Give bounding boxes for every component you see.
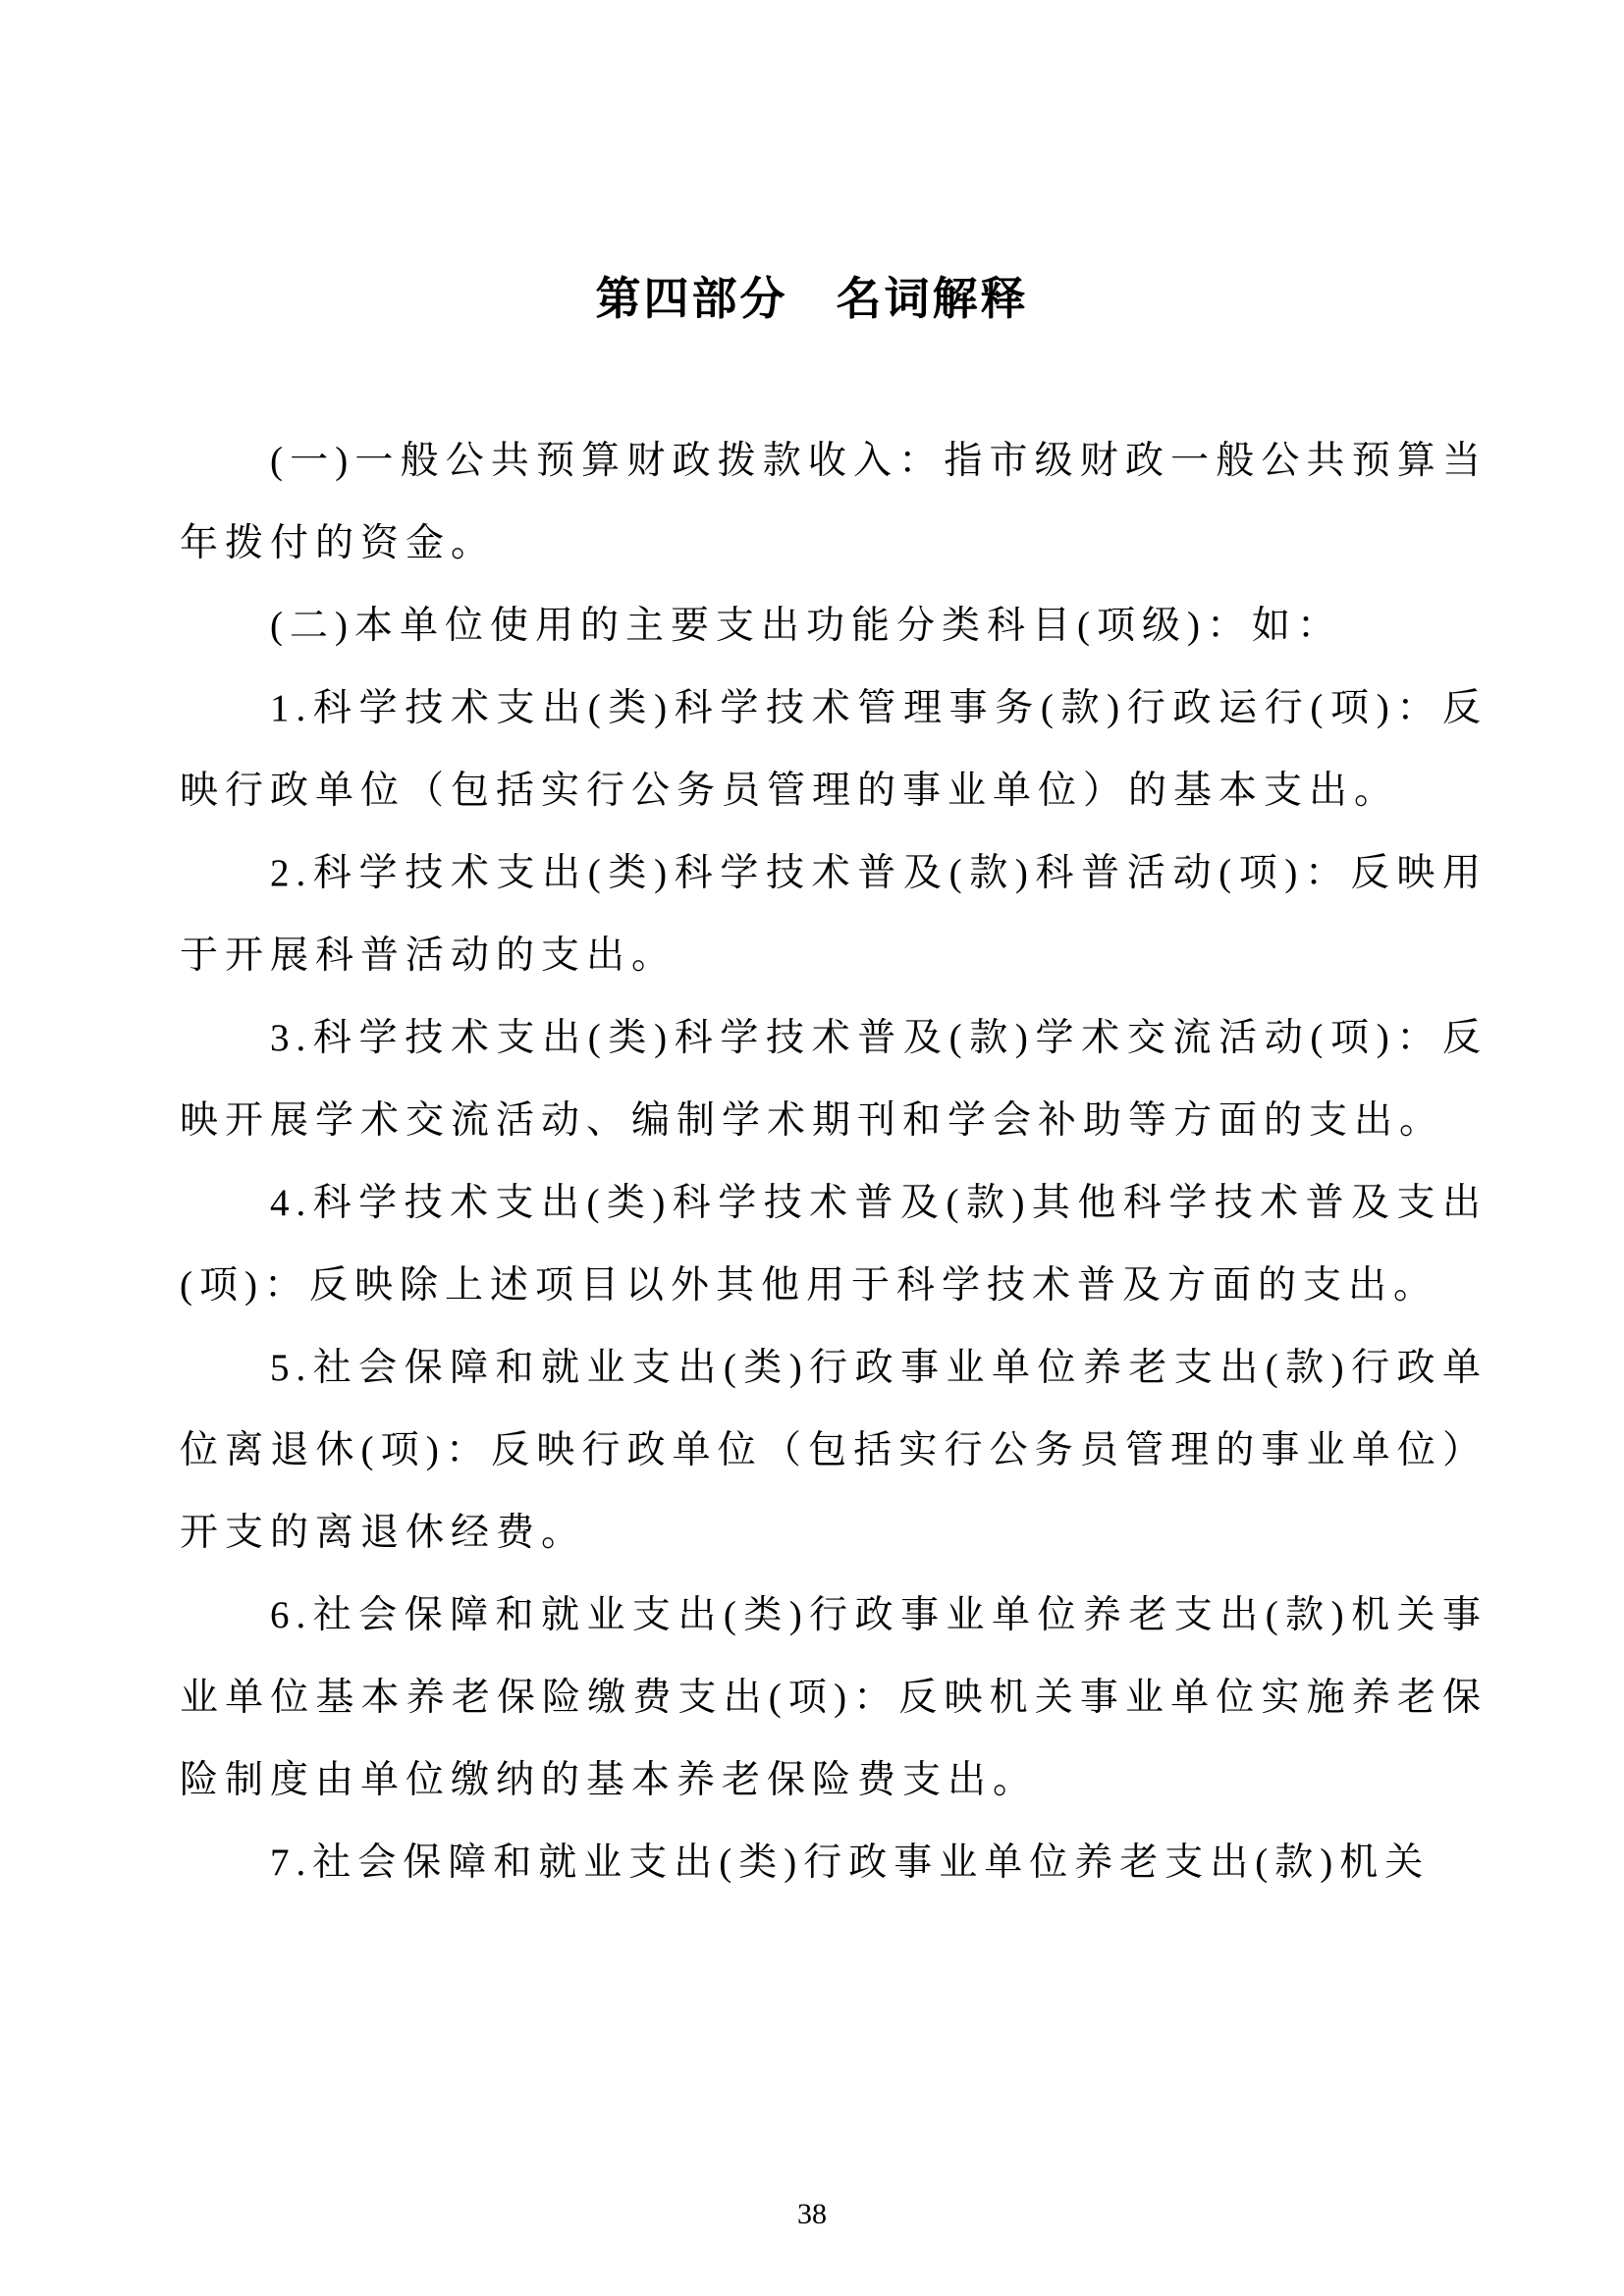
paragraph-item-1: 1.科学技术支出(类)科学技术管理事务(款)行政运行(项)：反映行政单位（包括实… bbox=[180, 667, 1488, 832]
document-body: (一)一般公共预算财政拨款收入：指市级财政一般公共预算当年拨付的资金。 (二)本… bbox=[0, 420, 1624, 1904]
paragraph-expenditure-classification-intro: (二)本单位使用的主要支出功能分类科目(项级)：如： bbox=[180, 585, 1488, 667]
document-page: 第四部分 名词解释 (一)一般公共预算财政拨款收入：指市级财政一般公共预算当年拨… bbox=[0, 0, 1624, 2296]
paragraph-item-2: 2.科学技术支出(类)科学技术普及(款)科普活动(项)：反映用于开展科普活动的支… bbox=[180, 832, 1488, 997]
paragraph-general-budget-income: (一)一般公共预算财政拨款收入：指市级财政一般公共预算当年拨付的资金。 bbox=[180, 420, 1488, 585]
paragraph-item-3: 3.科学技术支出(类)科学技术普及(款)学术交流活动(项)：反映开展学术交流活动… bbox=[180, 997, 1488, 1162]
paragraph-item-4: 4.科学技术支出(类)科学技术普及(款)其他科学技术普及支出(项)：反映除上述项… bbox=[180, 1162, 1488, 1327]
page-title: 第四部分 名词解释 bbox=[0, 0, 1624, 326]
paragraph-item-7: 7.社会保障和就业支出(类)行政事业单位养老支出(款)机关 bbox=[180, 1822, 1488, 1904]
paragraph-item-5: 5.社会保障和就业支出(类)行政事业单位养老支出(款)行政单位离退休(项)：反映… bbox=[180, 1327, 1488, 1575]
paragraph-item-6: 6.社会保障和就业支出(类)行政事业单位养老支出(款)机关事业单位基本养老保险缴… bbox=[180, 1575, 1488, 1822]
page-number: 38 bbox=[797, 2198, 827, 2231]
page-footer: 38 bbox=[0, 2198, 1624, 2296]
